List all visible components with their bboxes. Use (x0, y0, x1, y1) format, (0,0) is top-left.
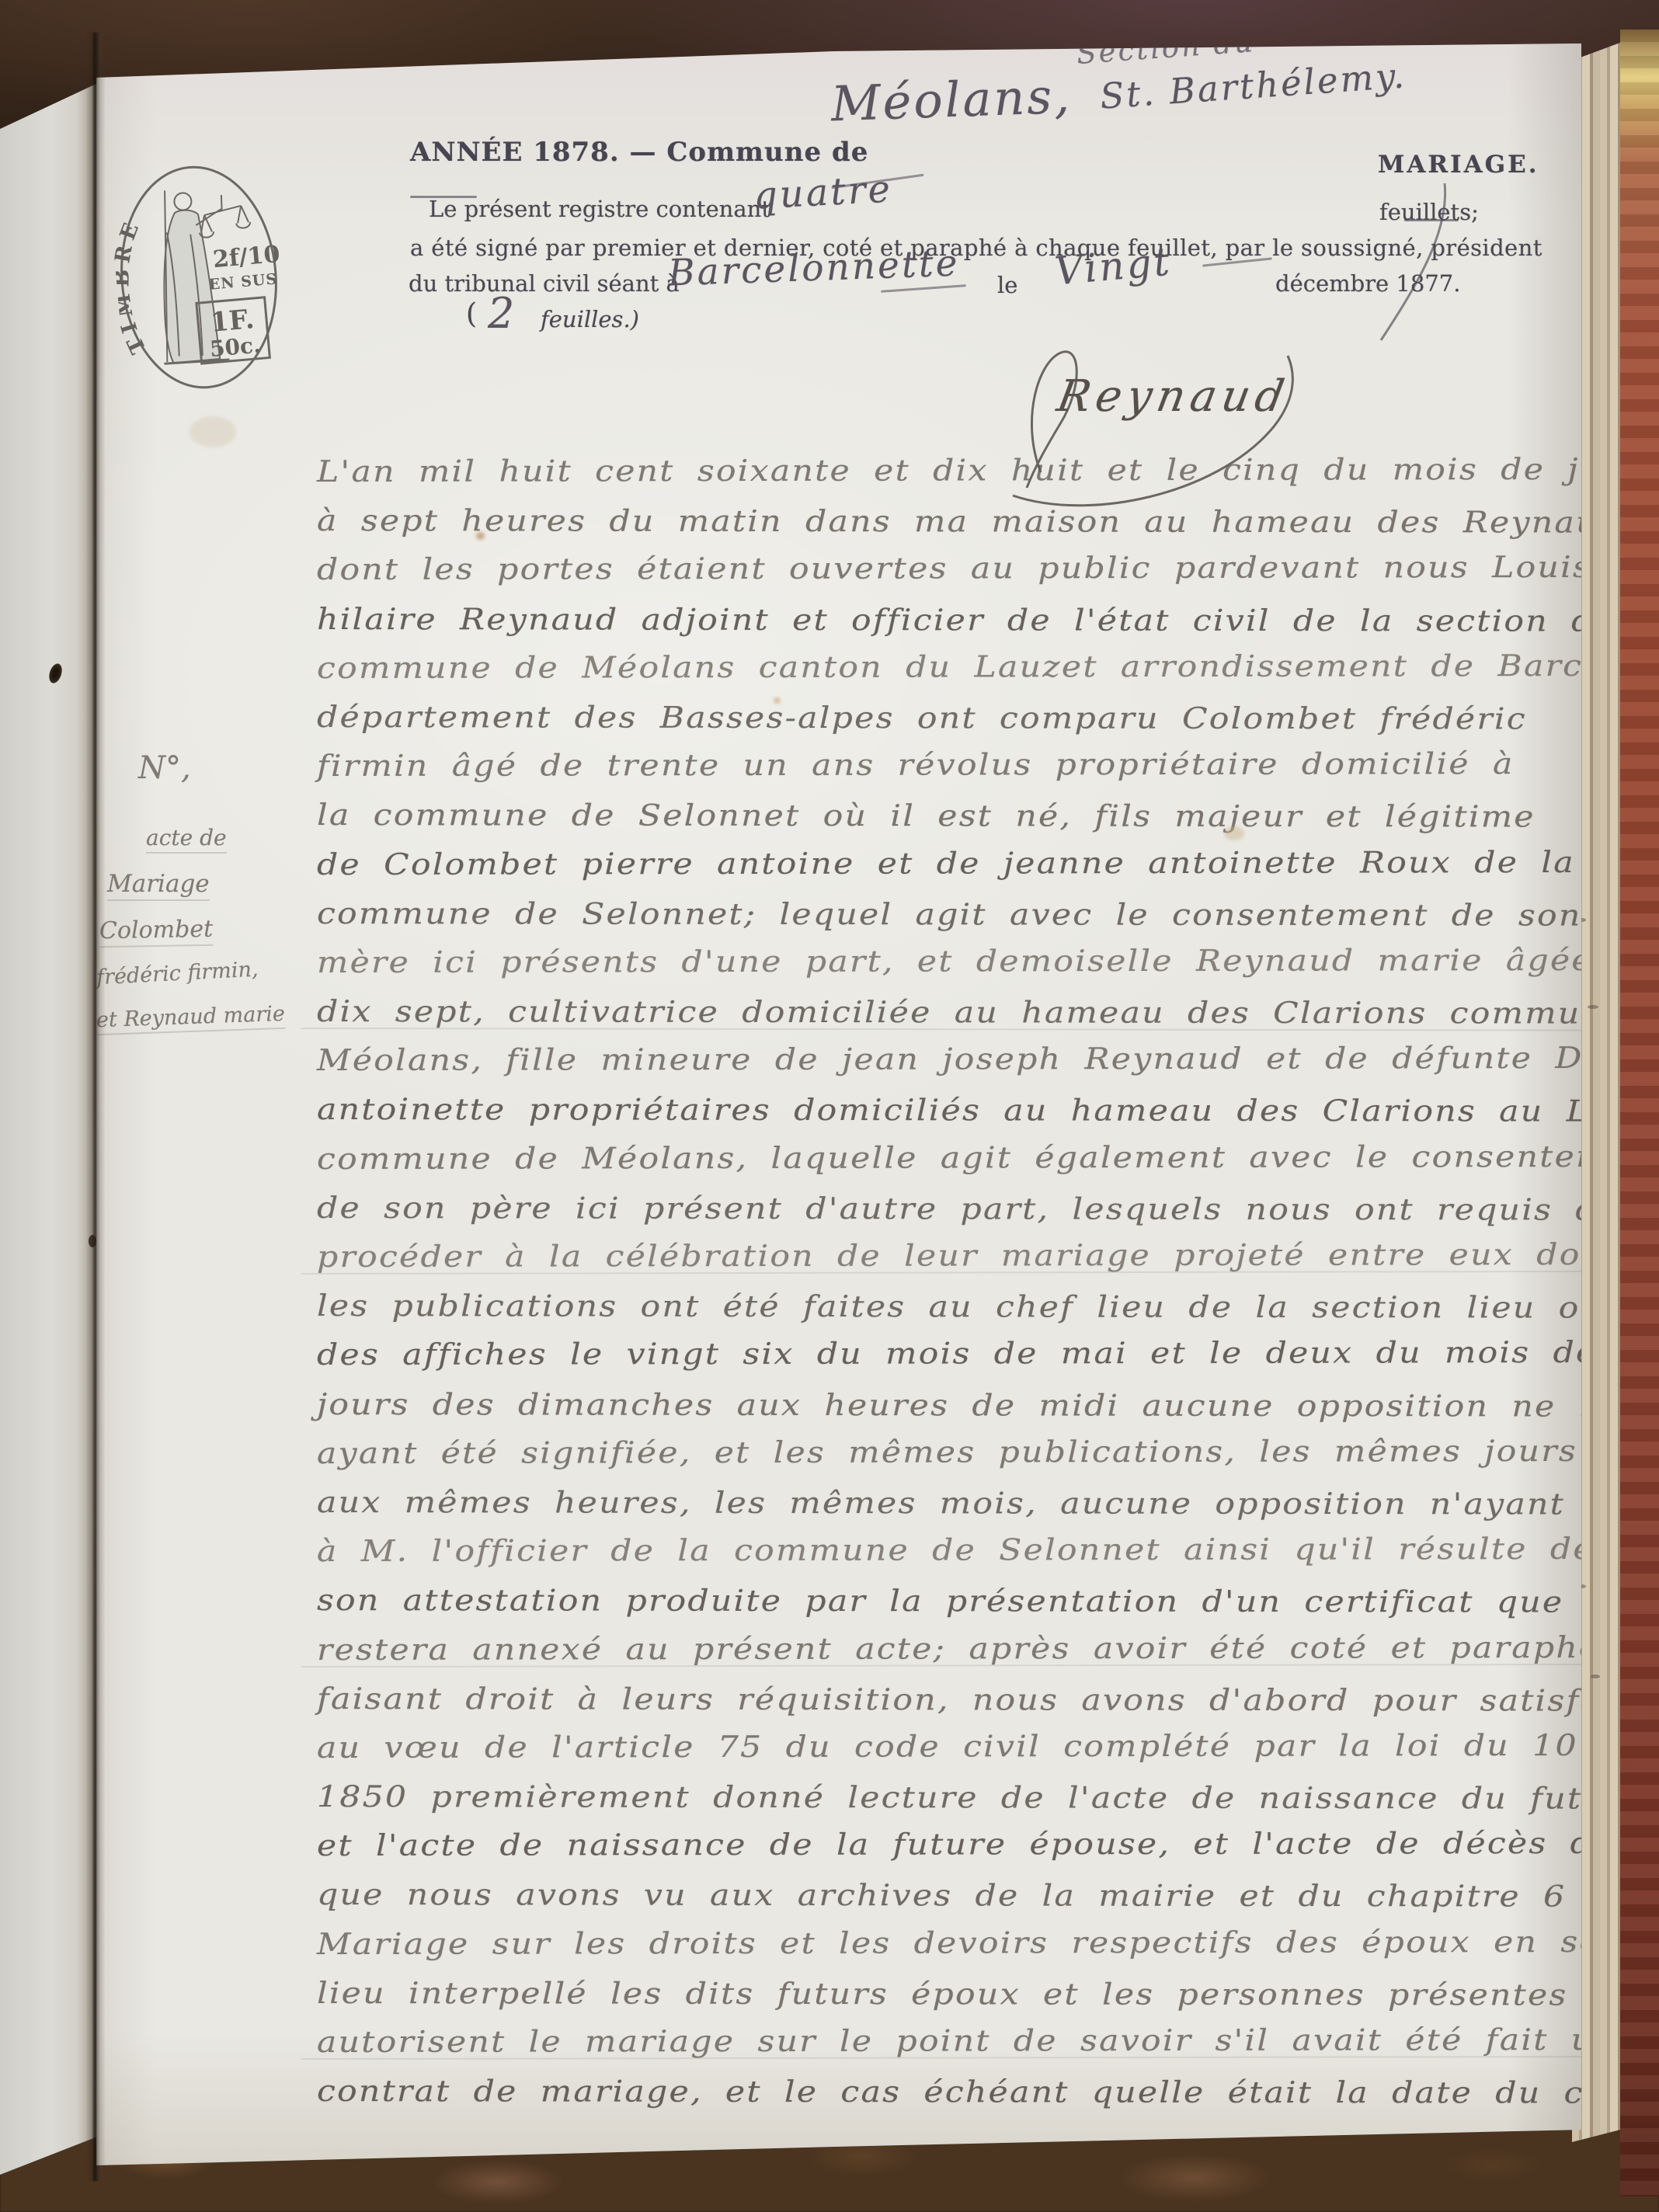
ink-fleck (1591, 1675, 1600, 1678)
rust-speck (774, 697, 781, 704)
header-annee-commune: ANNÉE 1878. — Commune de (410, 137, 868, 168)
act-body-line: firmin âgé de trente un ans révolus prop… (317, 739, 1659, 791)
svg-text:TIMBRE: TIMBRE (106, 213, 157, 358)
act-body-line: Mariage sur les droits et les devoirs re… (317, 1917, 1659, 1969)
act-body-line: contrat de mariage, et le cas échéant qu… (317, 2067, 1659, 2118)
register-page: TIMBRE 2f/10 EN SUS 1F. 50c. ANNÉE 1878.… (96, 28, 1581, 2182)
act-body-line: que nous avons vu aux archives de la mai… (317, 1870, 1659, 1922)
register-note-feuillets: feuillets; (1379, 199, 1479, 225)
act-body-line: et l'acte de naissance de la future épou… (317, 1819, 1659, 1871)
header-acte-type: MARIAGE. (1378, 151, 1539, 179)
stamp-surtax-value: 2f/10 (212, 241, 281, 273)
handwritten-section-line1: Section du (1076, 25, 1257, 71)
revenue-stamp: TIMBRE 2f/10 EN SUS 1F. 50c. (106, 153, 291, 401)
act-body-line: de Colombet pierre antoine et de jeanne … (317, 837, 1659, 889)
register-note-contenant: Le présent registre contenant (429, 196, 770, 222)
act-body-line: à M. l'officier de la commune de Selonne… (317, 1525, 1659, 1577)
handwritten-commune-name: Méolans, (830, 68, 1073, 133)
register-note-tribunal: du tribunal civil séant à (409, 270, 680, 297)
book-gutter (85, 33, 106, 2181)
act-body-line: dix sept, cultivatrice domiciliée au ham… (317, 987, 1659, 1038)
act-body-line: autorisent le mariage sur le point de sa… (317, 2015, 1659, 2068)
act-body-line: des affiches le vingt six du mois de mai… (317, 1328, 1659, 1380)
act-body-line: son attestation produite par la présenta… (317, 1576, 1659, 1627)
act-body-line: antoinette propriétaires domiciliés au h… (317, 1085, 1659, 1136)
act-body-line: hilaire Reynaud adjoint et officier de l… (317, 595, 1659, 646)
act-body-line: 1850 premièrement donné lecture de l'act… (317, 1772, 1659, 1824)
act-body-line: au vœu de l'article 75 du code civil com… (317, 1720, 1659, 1772)
handwritten-feuilles-count: 2 (488, 289, 516, 338)
facing-page (0, 37, 99, 2186)
marbled-book-edge (1620, 30, 1659, 2196)
gutter-fold-line (93, 33, 96, 2181)
handwritten-date: Vingt (1053, 239, 1174, 294)
act-body-line: dont les portes étaient ouvertes au publ… (317, 543, 1659, 595)
register-note-le: le (997, 272, 1017, 298)
stamp-surtax-label: EN SUS (208, 270, 278, 294)
act-body-line: L'an mil huit cent soixante et dix huit … (317, 445, 1659, 497)
register-note-line2: a été signé par premier et dernier, coté… (410, 235, 1542, 261)
act-body-line: procéder à la célébration de leur mariag… (317, 1230, 1659, 1282)
act-body-line: ayant été signifiée, et les mêmes public… (317, 1426, 1659, 1478)
margin-bride-name: et Reynaud marie (96, 1002, 285, 1035)
act-body-line: les publications ont été faites au chef … (317, 1282, 1659, 1333)
gutter-dark-notch (89, 1235, 96, 1247)
wormhole-mark (47, 662, 64, 684)
margin-acte-number: N°, (138, 750, 191, 786)
act-body-line: département des Basses-alpes ont comparu… (317, 693, 1659, 744)
act-body-line: faisant droit à leurs réquisition, nous … (317, 1675, 1659, 1726)
act-body-line: de son père ici présent d'autre part, le… (317, 1184, 1659, 1235)
act-body-line: commune de Méolans canton du Lauzet arro… (317, 641, 1659, 693)
act-body-line: la commune de Selonnet où il est né, fil… (317, 791, 1659, 842)
act-body-line: commune de Selonnet; lequel agit avec le… (317, 889, 1659, 941)
act-body-line: restera annexé au présent acte; après av… (317, 1622, 1659, 1675)
act-body-line: commune de Méolans, laquelle agit égalem… (317, 1132, 1659, 1184)
margin-mariage: Mariage (107, 870, 210, 901)
act-body-text: L'an mil huit cent soixante et dix huit … (317, 447, 1606, 2116)
margin-groom-surname: Colombet (99, 916, 214, 948)
paper-stain (190, 416, 236, 447)
register-note-paren-open: ( (466, 298, 477, 330)
margin-groom-firstnames: frédéric firmin, (96, 958, 259, 990)
margin-acte-de: acte de (146, 825, 227, 854)
act-body-line: aux mêmes heures, les mêmes mois, aucune… (317, 1478, 1659, 1529)
register-note-paren-close: feuilles.) (541, 306, 639, 332)
paper-stain (1224, 826, 1244, 840)
act-body-line: mère ici présents d'une part, et demoise… (317, 935, 1659, 987)
stamp-price-centimes: 50c. (209, 332, 262, 362)
handwritten-tribunal-place: Barcelonnette (667, 242, 960, 294)
act-body-line: Méolans, fille mineure de jean joseph Re… (317, 1034, 1659, 1086)
act-body-line: jours des dimanches aux heures de midi a… (317, 1380, 1659, 1431)
stamp-curved-label: TIMBRE (106, 213, 157, 358)
handwritten-feuillets-count: quatre (753, 167, 894, 217)
ink-fleck (1588, 1005, 1598, 1009)
register-note-decembre: décembre 1877. (1275, 270, 1460, 297)
act-body-line: lieu interpellé les dits futurs époux et… (317, 1969, 1659, 2020)
act-body-line: à sept heures du matin dans ma maison au… (317, 496, 1659, 548)
photographed-register-page: TIMBRE 2f/10 EN SUS 1F. 50c. ANNÉE 1878.… (0, 0, 1659, 2212)
rust-speck (476, 532, 485, 540)
